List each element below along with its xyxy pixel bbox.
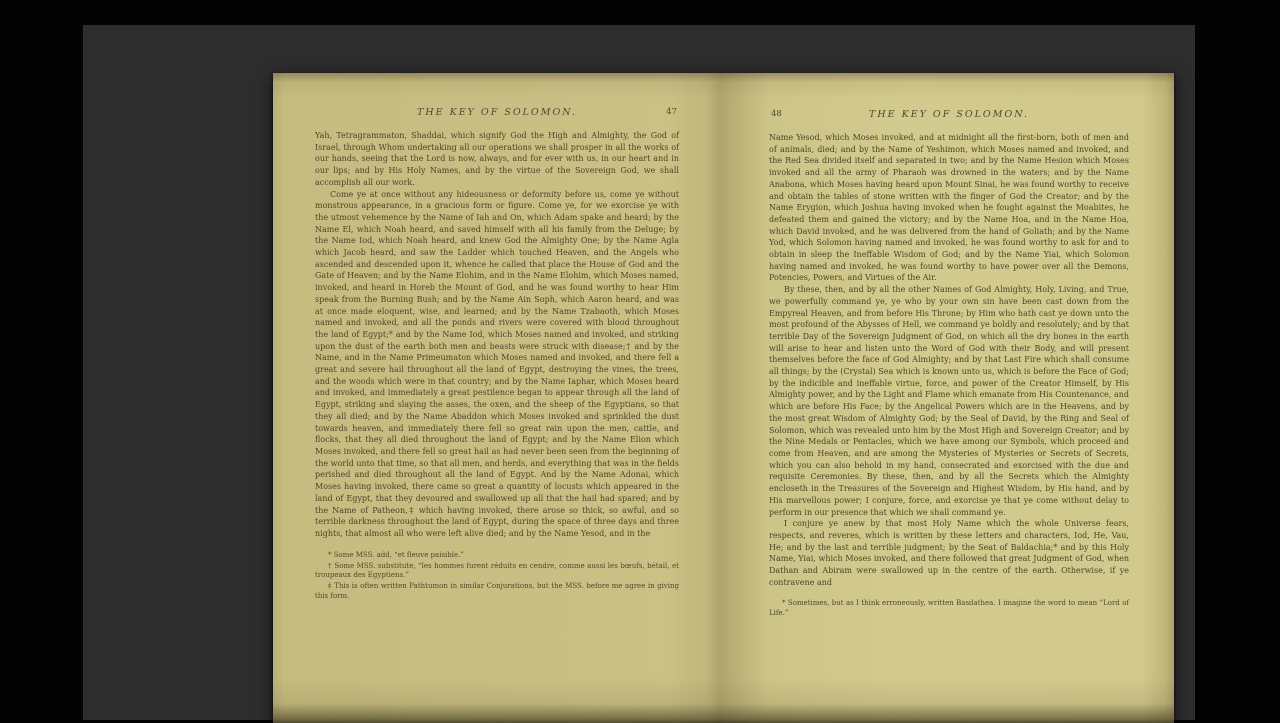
running-head-title: THE KEY OF SOLOMON. (417, 107, 577, 118)
book-page-right: 48 THE KEY OF SOLOMON. Name Yesod, which… (727, 73, 1174, 720)
footnote: ‡ This is often written Pathtumon in sim… (315, 582, 679, 601)
left-page-text-block: THE KEY OF SOLOMON. 47 Yah, Tetragrammat… (315, 107, 679, 603)
viewer-background-panel: THE KEY OF SOLOMON. 47 Yah, Tetragrammat… (83, 25, 1195, 720)
paragraph: I conjure ye anew by that most Holy Name… (769, 518, 1129, 588)
right-page-text-block: 48 THE KEY OF SOLOMON. Name Yesod, which… (769, 109, 1129, 620)
footnote: † Some MSS. substitute, “les hommes fure… (315, 562, 679, 581)
book-page-left: THE KEY OF SOLOMON. 47 Yah, Tetragrammat… (273, 73, 720, 720)
footnote: * Sometimes, but as I think erroneously,… (769, 599, 1129, 618)
footnote: * Some MSS. add, “et fleuve paisible.” (315, 551, 679, 561)
paragraph: Name Yesod, which Moses invoked, and at … (769, 132, 1129, 284)
paragraph: By these, then, and by all the other Nam… (769, 284, 1129, 518)
running-head-right: 48 THE KEY OF SOLOMON. (769, 109, 1129, 121)
footnotes-left: * Some MSS. add, “et fleuve paisible.” †… (315, 551, 679, 602)
running-head-title: THE KEY OF SOLOMON. (869, 109, 1029, 120)
book-page-spread: THE KEY OF SOLOMON. 47 Yah, Tetragrammat… (273, 73, 1174, 720)
footnotes-right: * Sometimes, but as I think erroneously,… (769, 599, 1129, 618)
running-head-left: THE KEY OF SOLOMON. 47 (315, 107, 679, 119)
page-number-47: 47 (666, 107, 677, 117)
paragraph: Yah, Tetragrammaton, Shaddai, which sign… (315, 130, 679, 189)
paragraph: Come ye at once without any hideousness … (315, 189, 679, 540)
page-number-48: 48 (771, 109, 782, 119)
